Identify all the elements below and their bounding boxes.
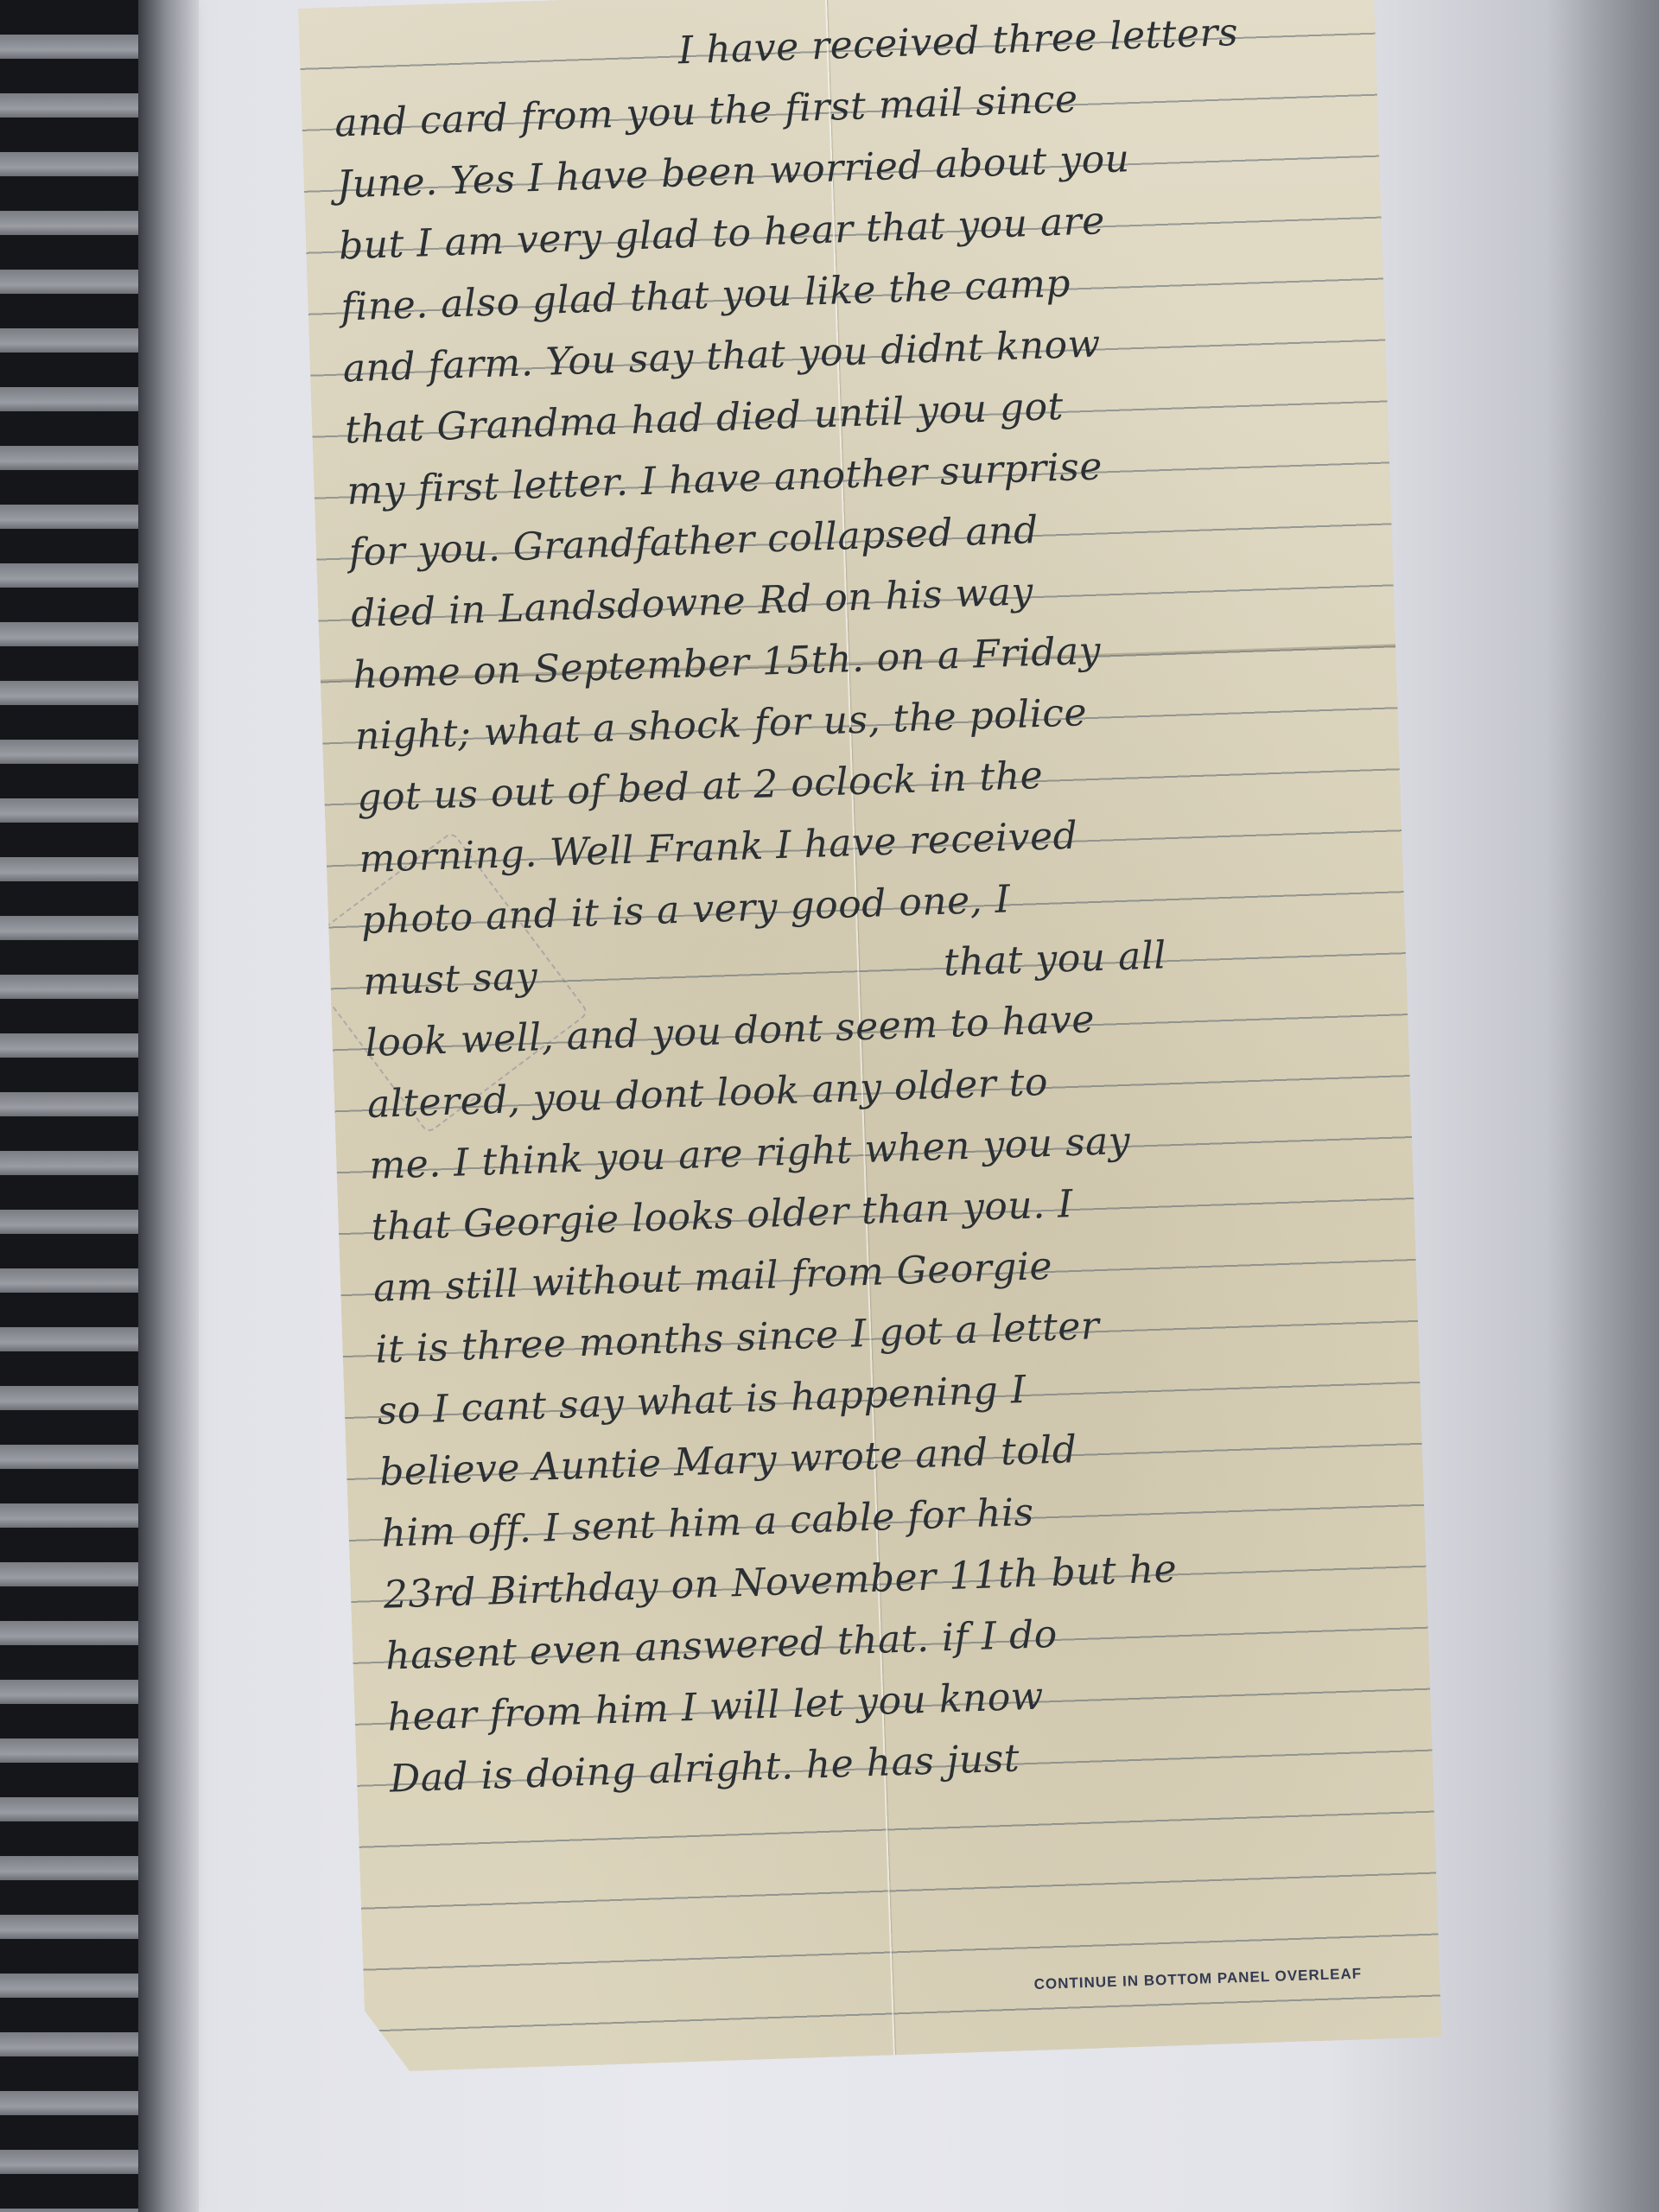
letter-paper: I have received three letters and card f…: [298, 0, 1442, 2073]
letter-line-left: must say: [363, 954, 539, 1004]
letter-body: I have received three letters and card f…: [332, 0, 1408, 1810]
wall-corner-shadow: [1547, 0, 1659, 2212]
vent-frame-shadow: [138, 0, 199, 2212]
